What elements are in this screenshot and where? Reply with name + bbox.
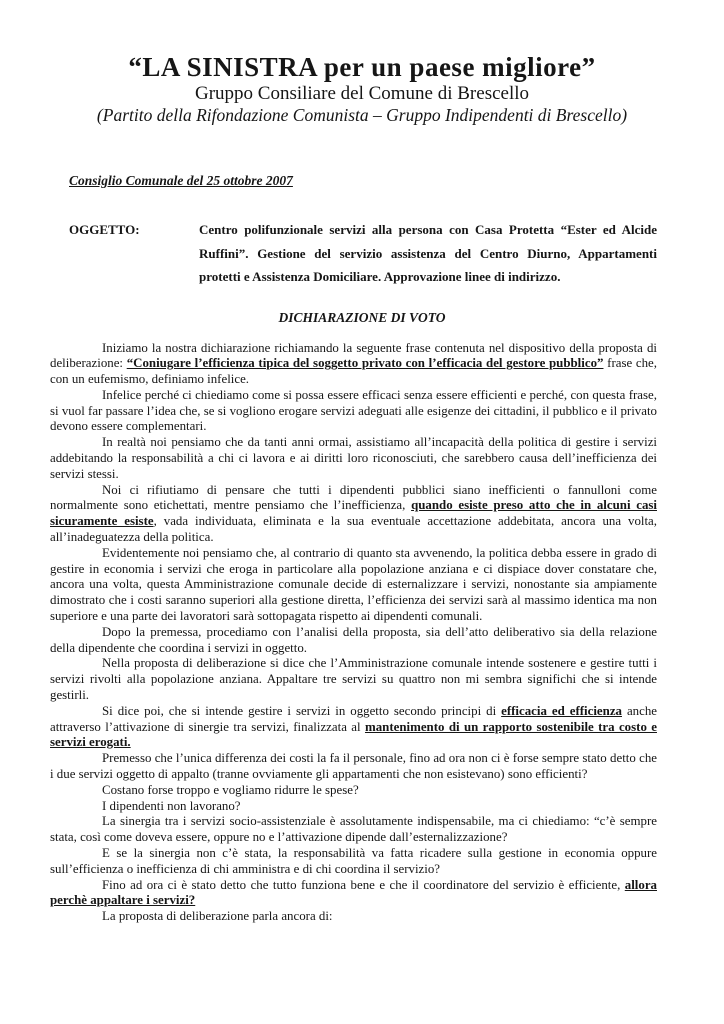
paragraph: Noi ci rifiutiamo di pensare che tutti i… — [50, 483, 657, 546]
paragraph: La proposta di deliberazione parla ancor… — [50, 909, 657, 925]
paragraph: Iniziamo la nostra dichiarazione richiam… — [50, 341, 657, 388]
text-run: I dipendenti non lavorano? — [102, 799, 241, 813]
paragraph: Fino ad ora ci è stato detto che tutto f… — [50, 878, 657, 910]
text-run: Costano forse troppo e vogliamo ridurre … — [102, 783, 359, 797]
paragraph: Premesso che l’unica differenza dei cost… — [50, 751, 657, 783]
document-page: “LA SINISTRA per un paese migliore” Grup… — [0, 0, 724, 1024]
paragraph: E se la sinergia non c’è stata, la respo… — [50, 846, 657, 878]
text-run: Dopo la premessa, procediamo con l’anali… — [50, 625, 657, 655]
subject-label: OGGETTO: — [69, 218, 140, 242]
paragraph: Infelice perché ci chiediamo come si pos… — [50, 388, 657, 435]
subject-text: Centro polifunzionale servizi alla perso… — [199, 222, 657, 284]
document-affiliation: (Partito della Rifondazione Comunista – … — [0, 105, 724, 125]
declaration-paragraphs: Iniziamo la nostra dichiarazione richiam… — [50, 341, 657, 925]
text-run: Evidentemente noi pensiamo che, al contr… — [50, 546, 657, 623]
document-subtitle: Gruppo Consiliare del Comune di Brescell… — [0, 83, 724, 105]
text-run: La sinergia tra i servizi socio-assisten… — [50, 814, 657, 844]
text-run: Infelice perché ci chiediamo come si pos… — [50, 388, 657, 434]
text-run: Si dice poi, che si intende gestire i se… — [102, 704, 501, 718]
emphasized-phrase: efficacia ed efficienza — [501, 704, 622, 718]
paragraph: La sinergia tra i servizi socio-assisten… — [50, 814, 657, 846]
paragraph: Costano forse troppo e vogliamo ridurre … — [50, 783, 657, 799]
paragraph: I dipendenti non lavorano? — [50, 799, 657, 815]
text-run: La proposta di deliberazione parla ancor… — [102, 909, 333, 923]
emphasized-phrase: “Coniugare l’efficienza tipica del sogge… — [127, 356, 604, 370]
text-run: E se la sinergia non c’è stata, la respo… — [50, 846, 657, 876]
text-run: Fino ad ora ci è stato detto che tutto f… — [102, 878, 625, 892]
document-title: “LA SINISTRA per un paese migliore” — [0, 52, 724, 83]
paragraph: Dopo la premessa, procediamo con l’anali… — [50, 625, 657, 657]
text-run: Premesso che l’unica differenza dei cost… — [50, 751, 657, 781]
text-run: Nella proposta di deliberazione si dice … — [50, 656, 657, 702]
paragraph: Si dice poi, che si intende gestire i se… — [50, 704, 657, 751]
vote-declaration-heading: DICHIARAZIONE DI VOTO — [0, 310, 724, 326]
paragraph: In realtà noi pensiamo che da tanti anni… — [50, 435, 657, 482]
subject-block: OGGETTO: Centro polifunzionale servizi a… — [69, 218, 657, 289]
paragraph: Evidentemente noi pensiamo che, al contr… — [50, 546, 657, 625]
text-run: In realtà noi pensiamo che da tanti anni… — [50, 435, 657, 481]
council-session-date: Consiglio Comunale del 25 ottobre 2007 — [69, 173, 657, 189]
paragraph: Nella proposta di deliberazione si dice … — [50, 656, 657, 703]
